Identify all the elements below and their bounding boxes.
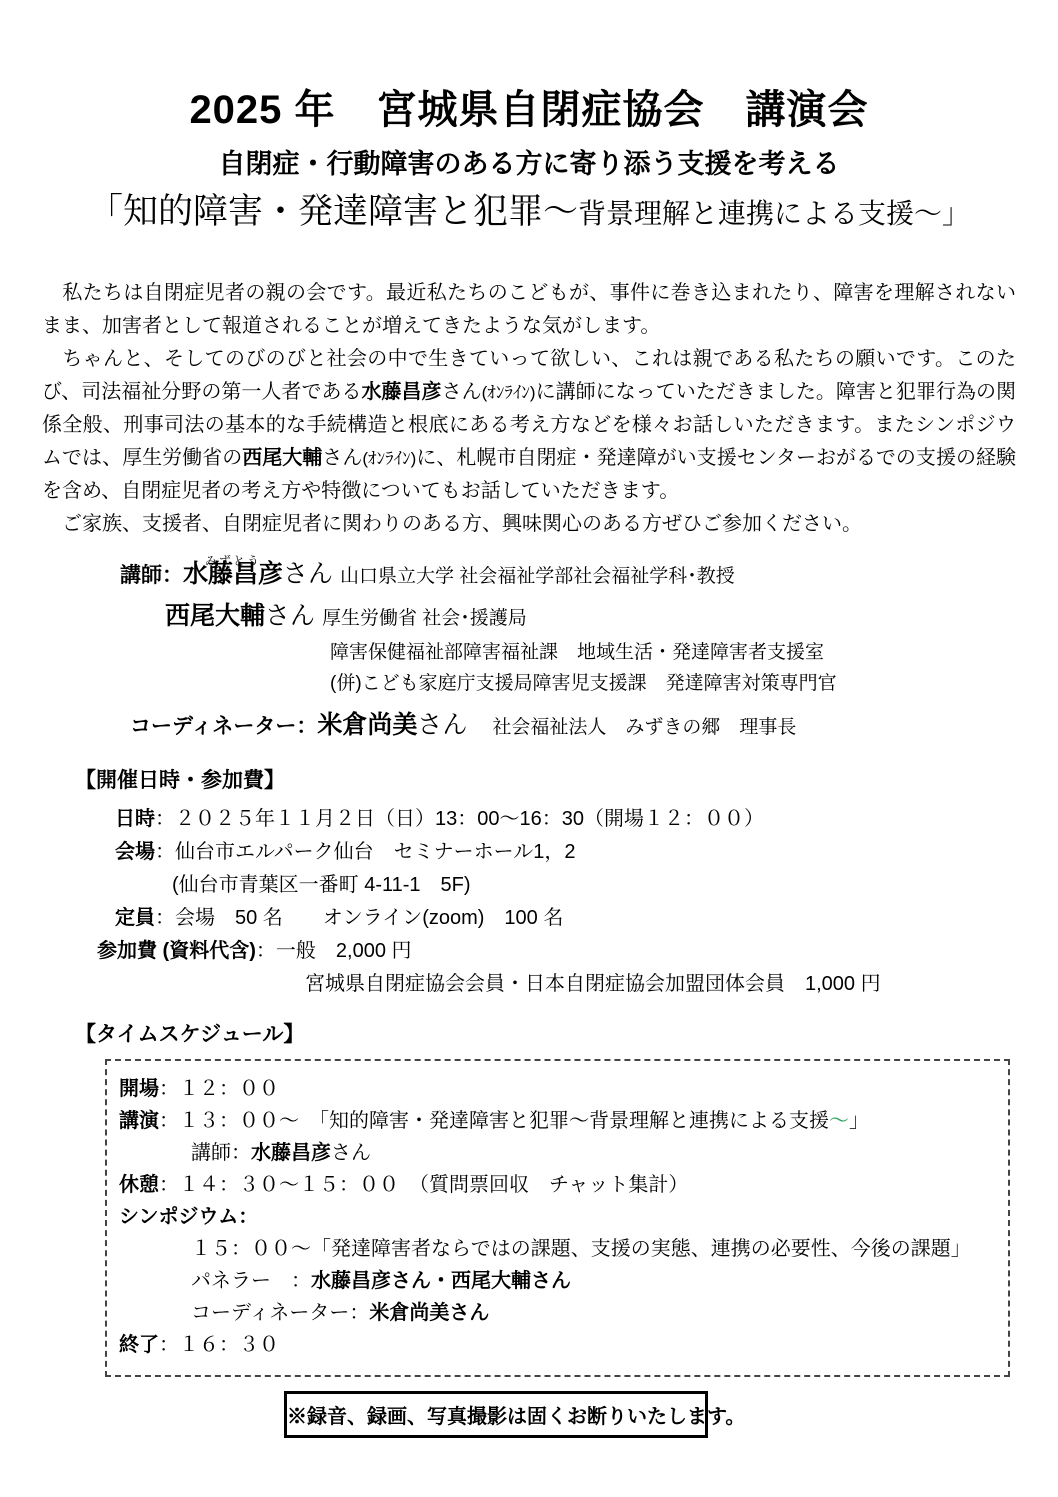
event-details: 日時：２０２５年１１月２日（日）13：00～16：30（開場１２：００） 会場：… [0, 803, 1058, 1001]
lecturer2-san: さん [265, 602, 322, 630]
lecturer2-department-2: (併)こども家庭庁支援局障害児支援課 発達障害対策専門官 [330, 668, 1058, 699]
schedule-lecture-presenter: 講師：水藤昌彦さん [119, 1137, 998, 1169]
intro-paragraph-2: ちゃんと、そしてのびのびと社会の中で生きていって欲しい、これは親である私たちの願… [42, 343, 1016, 508]
schedule-end: 終了：１６：３０ [119, 1329, 998, 1361]
intro-p3-text: ご家族、支援者、自閉症児者に関わりのある方、興味関心のある方ぜひご参加ください。 [42, 513, 862, 535]
event-title: 2025 年 宮城県自閉症協会 講演会 [0, 0, 1058, 134]
panel-label: パネラー ： [191, 1270, 311, 1292]
schedule-coordinator-name: 米倉尚美さん [369, 1302, 489, 1324]
open-label: 開場 [119, 1078, 159, 1100]
lecture-theme-sub: 背景理解と連携による支援～」 [578, 198, 970, 229]
schedule-lecture: 講演：１３：００～ 「知的障害・発達障害と犯罪～背景理解と連携による支援～」 [119, 1105, 998, 1137]
end-label: 終了 [119, 1334, 159, 1356]
open-value: ：１２：００ [159, 1078, 279, 1100]
symposium-label: シンポジウム： [119, 1206, 258, 1228]
panel-names: 水藤昌彦さん・西尾大輔さん [311, 1270, 571, 1292]
intro-paragraph-1: 私たちは自閉症児者の親の会です。最近私たちのこどもが、事件に巻き込まれたり、障害… [42, 277, 1016, 343]
schedule-coordinator: コーディネーター：米倉尚美さん [119, 1297, 998, 1329]
lecture-theme-heading: 「知的障害・発達障害と犯罪～背景理解と連携による支援～」 [0, 190, 1058, 241]
furigana-mizuto: みずとう [205, 544, 261, 578]
detail-venue: 会場：仙台市エルパーク仙台 セミナーホール1，2 [115, 836, 1058, 869]
section-title-event-info: 【開催日時・参加費】 [75, 767, 1058, 795]
intro-p2-text-b: さん [442, 381, 482, 403]
detail-venue-address: (仙台市青葉区一番町 4-11-1 5F) [172, 869, 1058, 902]
detail-datetime: 日時：２０２５年１１月２日（日）13：00～16：30（開場１２：００） [115, 803, 1058, 836]
schedule-open: 開場：１２：００ [119, 1073, 998, 1105]
flyer-page: 2025 年 宮城県自閉症協会 講演会 自閉症・行動障害のある方に寄り添う支援を… [0, 0, 1058, 1497]
presenter-san: さん [331, 1142, 371, 1164]
detail-fee-member: 宮城県自閉症協会会員・日本自閉症協会加盟団体会員 1,000 円 [305, 968, 1058, 1001]
online-note-2: (ｵﾝﾗｲﾝ) [362, 449, 416, 468]
lecturer1-affiliation: 山口県立大学 社会福祉学部社会福祉学科･教授 [340, 566, 735, 587]
coordinator-affiliation: 社会福祉法人 みずきの郷 理事長 [492, 717, 796, 738]
detail-capacity: 定員：会場 50 名 オンライン(zoom) 100 名 [115, 902, 1058, 935]
coordinator-label: コーディネーター： [130, 715, 317, 738]
green-tilde: ～ [829, 1110, 849, 1132]
end-value: ：１６：３０ [159, 1334, 279, 1356]
venue-value: ：仙台市エルパーク仙台 セミナーホール1，2 [155, 841, 575, 863]
lecturer2-name: 西尾大輔 [165, 602, 265, 630]
presenter-prefix: 講師： [191, 1142, 251, 1164]
capacity-label: 定員 [115, 907, 155, 929]
lecture-close-bracket: 」 [849, 1110, 869, 1132]
lecture-label: 講演 [119, 1110, 159, 1132]
event-subtitle: 自閉症・行動障害のある方に寄り添う支援を考える [0, 148, 1058, 180]
venue-label: 会場 [115, 841, 155, 863]
speaker-name-mizuto: 水藤昌彦 [362, 381, 442, 403]
intro-text: 私たちは自閉症児者の親の会です。最近私たちのこどもが、事件に巻き込まれたり、障害… [42, 277, 1016, 541]
intro-p1-text: 私たちは自閉症児者の親の会です。最近私たちのこどもが、事件に巻き込まれたり、障害… [42, 282, 1016, 337]
speaker-name-nishio: 西尾大輔 [242, 447, 322, 469]
detail-fee: 参加費 (資料代含)：一般 2,000 円 [97, 935, 1058, 968]
lecturer1-san: さん [283, 560, 340, 588]
coordinator-san: さん [417, 711, 492, 739]
capacity-value: ：会場 50 名 オンライン(zoom) 100 名 [155, 907, 563, 929]
lecturer2-department-1: 障害保健福祉部障害福祉課 地域生活・発達障害者支援室 [330, 637, 1058, 668]
datetime-value: ：２０２５年１１月２日（日）13：00～16：30（開場１２：００） [155, 808, 764, 830]
datetime-label: 日時 [115, 808, 155, 830]
intro-p2-text-d: さん [322, 447, 362, 469]
online-note-1: (ｵﾝﾗｲﾝ) [482, 383, 536, 402]
coordinator-name: 米倉尚美 [317, 711, 417, 739]
break-label: 休憩 [119, 1174, 159, 1196]
schedule-symposium-theme: １５：００～「発達障害者ならではの課題、支援の実態、連携の必要性、今後の課題」 [119, 1233, 998, 1265]
schedule-box: 開場：１２：００ 講演：１３：００～ 「知的障害・発達障害と犯罪～背景理解と連携… [105, 1059, 1010, 1377]
schedule-symposium: シンポジウム： [119, 1201, 998, 1233]
intro-paragraph-3: ご家族、支援者、自閉症児者に関わりのある方、興味関心のある方ぜひご参加ください。 [42, 508, 1016, 541]
schedule-panelists: パネラー ：水藤昌彦さん・西尾大輔さん [119, 1265, 998, 1297]
presenter-name: 水藤昌彦 [251, 1142, 331, 1164]
break-value: ：１４：３０～１５：００ （質問票回収 チャット集計） [159, 1174, 688, 1196]
lecturer-line-2: 西尾大輔さん 厚生労働省 社会･援護局 [165, 599, 1058, 637]
schedule-coordinator-label: コーディネーター： [191, 1302, 369, 1324]
schedule-break: 休憩：１４：３０～１５：００ （質問票回収 チャット集計） [119, 1169, 998, 1201]
section-title-schedule: 【タイムスケジュール】 [75, 1021, 1058, 1049]
coordinator-line: コーディネーター：米倉尚美さん 社会福祉法人 みずきの郷 理事長 [130, 707, 1058, 747]
lecturer-label: 講師： [120, 564, 183, 587]
lecture-theme-main: 「知的障害・発達障害と犯罪～ [88, 192, 578, 231]
fee-value: ：一般 2,000 円 [256, 940, 412, 962]
lecturer-line-1: 講師：みずとう水藤昌彦さん 山口県立大学 社会福祉学部社会福祉学科･教授 [120, 557, 1058, 595]
lecturer2-affiliation: 厚生労働省 社会･援護局 [322, 608, 527, 629]
fee-label: 参加費 (資料代含) [97, 940, 256, 962]
lecture-value: ：１３：００～ 「知的障害・発達障害と犯罪～背景理解と連携による支援 [159, 1110, 829, 1132]
no-recording-notice: ※録音、録画、写真撮影は固くお断りいたします。 [284, 1391, 708, 1438]
